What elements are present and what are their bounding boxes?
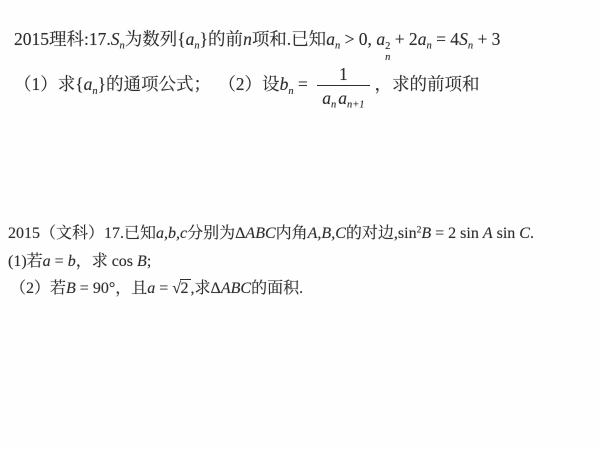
math-function: sin bbox=[493, 225, 520, 242]
math-var: n bbox=[243, 29, 252, 49]
text-run: 项和.已知 bbox=[252, 29, 326, 49]
math-relation: = bbox=[294, 74, 313, 94]
math-var: ABC bbox=[221, 280, 251, 297]
text-run: ，求 cos bbox=[76, 253, 137, 270]
text-run: . bbox=[530, 225, 534, 242]
math-relation: = 2 sin bbox=[431, 225, 483, 242]
problem1-parts-line: （1）求{an}的通项公式；（2）设bn = 1anan+1，求的前项和 bbox=[14, 64, 480, 108]
math-var: C bbox=[519, 225, 530, 242]
text-run: 分别为Δ bbox=[187, 225, 245, 242]
math-relation: > 0, bbox=[340, 29, 376, 49]
problem2-part2-line: （2）若B = 90°，且a = √2,求ΔABC的面积. bbox=[10, 278, 303, 300]
part2-label: （2）设 bbox=[227, 74, 280, 94]
math-operator: = 4 bbox=[432, 29, 459, 49]
fraction-numerator: 1 bbox=[336, 64, 351, 85]
math-sub: n+1 bbox=[347, 100, 365, 111]
document-page: 2015理科:17.Sn为数列{an}的前n项和.已知an > 0, a2n +… bbox=[0, 0, 600, 450]
math-function: sin bbox=[398, 225, 417, 242]
math-var: B bbox=[137, 253, 147, 270]
text-run: = 90°，且 bbox=[76, 280, 147, 297]
text-run: ，求的前项和 bbox=[375, 74, 480, 94]
text-run: 的面积. bbox=[251, 280, 303, 297]
problem1-header: 2015理科:17. bbox=[14, 29, 111, 49]
subscript: n bbox=[385, 52, 390, 63]
math-var: b bbox=[68, 253, 76, 270]
text-run: 内角 bbox=[276, 225, 308, 242]
math-var: a bbox=[322, 88, 331, 108]
problem1-statement-line: 2015理科:17.Sn为数列{an}的前n项和.已知an > 0, a2n +… bbox=[14, 28, 500, 63]
math-var: a bbox=[376, 29, 385, 49]
math-var: S bbox=[459, 29, 468, 49]
math-var: B bbox=[66, 280, 76, 297]
math-var: ABC bbox=[245, 225, 275, 242]
math-var: a bbox=[326, 29, 335, 49]
math-var: A,B,C bbox=[308, 225, 346, 242]
math-var: a bbox=[338, 88, 347, 108]
part2-label: （2）若 bbox=[10, 280, 66, 297]
math-var: a,b,c bbox=[156, 225, 187, 242]
part1-label: (1)若 bbox=[8, 253, 43, 270]
text-run: ; bbox=[147, 253, 151, 270]
math-relation: = bbox=[155, 280, 172, 297]
text-run: 的对边, bbox=[346, 225, 398, 242]
math-var: b bbox=[280, 74, 289, 94]
problem2-header: 2015（文科）17.已知 bbox=[8, 225, 156, 242]
text-run: }的通项公式； bbox=[98, 74, 211, 94]
math-sub: n bbox=[331, 100, 336, 111]
text-run: 为数列{ bbox=[125, 29, 186, 49]
math-relation: = bbox=[51, 253, 68, 270]
problem2-part1-line: (1)若a = b，求 cos B; bbox=[8, 251, 151, 273]
text-run: }的前 bbox=[200, 29, 243, 49]
fraction: 1anan+1 bbox=[317, 64, 369, 108]
text-run: ,求Δ bbox=[191, 280, 221, 297]
math-var: B bbox=[421, 225, 431, 242]
problem2-statement-line: 2015（文科）17.已知a,b,c分别为ΔABC内角A,B,C的对边,sin2… bbox=[8, 223, 534, 245]
math-var: S bbox=[111, 29, 120, 49]
part1-label: （1）求{ bbox=[14, 74, 84, 94]
math-operator: + 3 bbox=[473, 29, 500, 49]
fraction-denominator: anan+1 bbox=[317, 85, 369, 108]
math-var: a bbox=[43, 253, 51, 270]
math-var: A bbox=[483, 225, 493, 242]
math-operator: + 2 bbox=[390, 29, 417, 49]
sqrt-radicand: 2 bbox=[180, 279, 191, 297]
